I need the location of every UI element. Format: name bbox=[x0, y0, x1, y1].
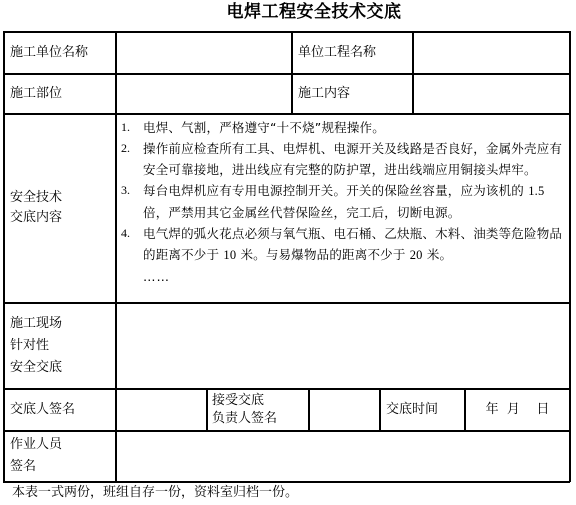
date-placeholder: 年 月 日 bbox=[486, 400, 550, 420]
label-construction-content: 施工内容 bbox=[298, 74, 411, 113]
field-project-name[interactable] bbox=[414, 32, 568, 73]
label-site-specific-disclosure: 施工现场 针对性 安全交底 bbox=[10, 303, 114, 388]
field-construction-location[interactable] bbox=[117, 74, 290, 113]
label-text: 作业人员 签名 bbox=[10, 434, 62, 478]
item-text-part: 每台电焊机应有专用电源控制开关。开关的保险丝容量，应为该机的 bbox=[143, 183, 528, 198]
item-text: 操作前应检查所有工具、电焊机、电源开关及线路是否良好，金属外壳应有安全可靠接地，… bbox=[143, 138, 573, 180]
label-text: 单位工程名称 bbox=[298, 43, 376, 63]
label-project-name: 单位工程名称 bbox=[298, 32, 411, 73]
label-discloser-signature: 交底人签名 bbox=[10, 389, 114, 430]
field-receiver-signature[interactable] bbox=[310, 389, 378, 430]
distance-value: 20 bbox=[410, 248, 423, 262]
label-construction-unit: 施工单位名称 bbox=[10, 32, 114, 73]
item-text-part: 米。与易爆物品的距离不少于 bbox=[236, 247, 409, 262]
column-divider bbox=[379, 388, 381, 430]
label-worker-signature: 作业人员 签名 bbox=[10, 431, 114, 481]
column-divider bbox=[291, 31, 293, 113]
item-text: 电气焊的弧火花点必须与氧气瓶、电石桶、乙炔瓶、木料、油类等危险物品的距离不少于 … bbox=[143, 223, 573, 266]
table-border-left bbox=[3, 31, 5, 482]
label-text: 交底人签名 bbox=[10, 400, 75, 420]
item-number: 3. bbox=[121, 180, 143, 223]
document-title: 电焊工程安全技术交底 bbox=[0, 1, 576, 23]
label-text: 接受交底 负责人签名 bbox=[212, 392, 277, 428]
label-construction-location: 施工部位 bbox=[10, 74, 114, 113]
item-number: 4. bbox=[121, 223, 143, 266]
item-text-part: 倍，严禁用其它金属丝代替保险丝，完工后，切断电源。 bbox=[143, 205, 461, 220]
item-number: 2. bbox=[121, 138, 143, 180]
ellipsis: …… bbox=[121, 266, 573, 287]
label-text: 交底时间 bbox=[386, 400, 438, 420]
field-construction-content[interactable] bbox=[414, 74, 568, 113]
list-item: 4. 电气焊的弧火花点必须与氧气瓶、电石桶、乙炔瓶、木料、油类等危险物品的距离不… bbox=[121, 223, 573, 266]
column-divider bbox=[206, 388, 208, 430]
field-worker-signature[interactable] bbox=[117, 431, 568, 481]
label-text: 施工内容 bbox=[298, 84, 350, 104]
item-text: 电焊、气割，严格遵守“十不烧”规程操作。 bbox=[143, 117, 573, 138]
label-disclosure-time: 交底时间 bbox=[386, 389, 463, 430]
field-discloser-signature[interactable] bbox=[117, 389, 205, 430]
safety-items-list: 1. 电焊、气割，严格遵守“十不烧”规程操作。 2. 操作前应检查所有工具、电焊… bbox=[121, 117, 573, 287]
field-construction-unit[interactable] bbox=[117, 32, 290, 73]
footer-note: 本表一式两份，班组自存一份，资料室归档一份。 bbox=[12, 484, 298, 502]
item-text: 每台电焊机应有专用电源控制开关。开关的保险丝容量，应为该机的 1.5 倍，严禁用… bbox=[143, 180, 573, 223]
label-text: 安全技术 交底内容 bbox=[10, 188, 62, 228]
label-text: 施工单位名称 bbox=[10, 43, 88, 63]
label-text: 施工部位 bbox=[10, 84, 62, 104]
field-disclosure-date[interactable]: 年 月 日 bbox=[466, 389, 569, 430]
list-item: 2. 操作前应检查所有工具、电焊机、电源开关及线路是否良好，金属外壳应有安全可靠… bbox=[121, 138, 573, 180]
distance-value: 10 bbox=[223, 248, 236, 262]
label-safety-disclosure-content: 安全技术 交底内容 bbox=[10, 114, 114, 302]
label-text: 施工现场 针对性 安全交底 bbox=[10, 313, 62, 379]
item-number: 1. bbox=[121, 117, 143, 138]
fuse-ratio-value: 1.5 bbox=[528, 184, 544, 198]
table-border-bottom bbox=[3, 481, 570, 483]
field-site-specific-disclosure[interactable] bbox=[117, 303, 568, 388]
label-receiver-signature: 接受交底 负责人签名 bbox=[212, 389, 307, 430]
item-text-part: 米。 bbox=[423, 247, 453, 262]
list-item: 3. 每台电焊机应有专用电源控制开关。开关的保险丝容量，应为该机的 1.5 倍，… bbox=[121, 180, 573, 223]
list-item: 1. 电焊、气割，严格遵守“十不烧”规程操作。 bbox=[121, 117, 573, 138]
